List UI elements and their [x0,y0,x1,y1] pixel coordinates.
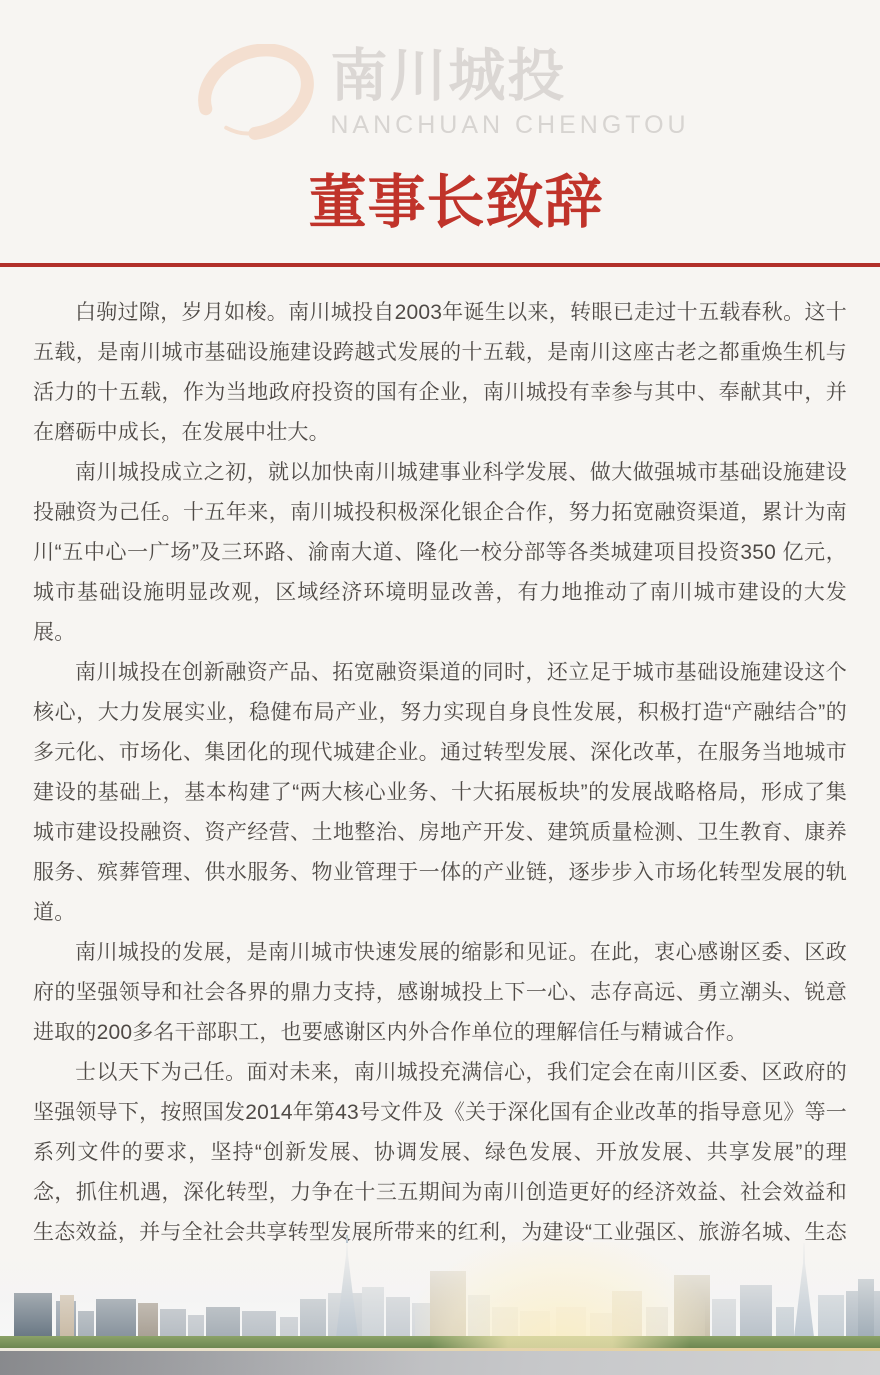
building [60,1295,74,1337]
building [858,1279,874,1337]
building [242,1311,276,1337]
site-logo: 南川城投 NANCHUAN CHENGTOU [0,0,880,144]
speech-paragraph: 南川城投在创新融资产品、拓宽融资渠道的同时，还立足于城市基础设施建设这个核心，大… [33,653,847,933]
building [160,1309,186,1337]
building [612,1291,642,1337]
building [78,1311,94,1337]
logo-text: 南川城投 NANCHUAN CHENGTOU [330,44,689,140]
logo-name-cn: 南川城投 [330,48,689,105]
building [712,1299,736,1337]
speech-paragraph: 南川城投的发展，是南川城市快速发展的缩影和见证。在此，衷心感谢区委、区政府的坚强… [33,933,847,1053]
speech-paragraph: 南川城投成立之初，就以加快南川城建事业科学发展、做大做强城市基础设施建设投融资为… [33,453,847,653]
building [362,1287,384,1337]
building [520,1311,550,1337]
building [386,1297,410,1337]
grass-highlight [430,1336,690,1348]
speech-content: 白驹过隙，岁月如梭。南川城投自2003年诞生以来，转眼已走过十五载春秋。这十五载… [33,293,847,1293]
building [96,1299,136,1337]
road-shade [0,1351,528,1375]
antenna-mast [803,1243,805,1337]
building [776,1307,794,1337]
building [818,1295,844,1337]
building [556,1307,586,1337]
building [14,1293,52,1337]
page-title: 董事长致辞 [16,172,880,234]
building [280,1317,298,1337]
building [430,1271,466,1337]
building [188,1315,204,1337]
building [740,1285,772,1337]
building [206,1307,240,1337]
building [300,1299,326,1337]
city-skyline-image [0,1243,880,1375]
logo-swoosh-icon [190,44,322,144]
building [412,1303,432,1337]
logo-name-en: NANCHUAN CHENGTOU [330,111,689,140]
building [492,1307,518,1337]
building [138,1303,158,1337]
title-divider [0,263,880,267]
antenna-mast [346,1235,348,1337]
building-silhouettes [0,1243,880,1337]
page: 南川城投 NANCHUAN CHENGTOU 董事长致辞 白驹过隙，岁月如梭。南… [0,0,880,1375]
speech-paragraph: 白驹过隙，岁月如梭。南川城投自2003年诞生以来，转眼已走过十五载春秋。这十五载… [33,293,847,453]
building [468,1295,490,1337]
building [674,1275,710,1337]
building [646,1307,668,1337]
